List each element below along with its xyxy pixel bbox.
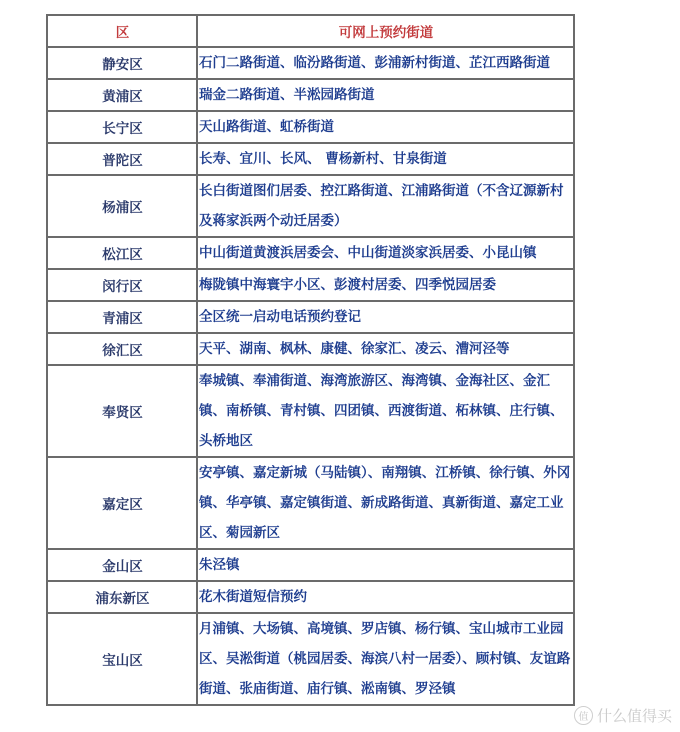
district-cell: 闵行区 bbox=[47, 269, 197, 301]
district-cell: 长宁区 bbox=[47, 111, 197, 143]
header-streets: 可网上预约街道 bbox=[197, 15, 574, 47]
streets-cell: 月浦镇、大场镇、高境镇、罗店镇、杨行镇、宝山城市工业园区、吴淞街道（桃园居委、海… bbox=[197, 613, 574, 705]
table-row: 浦东新区花木街道短信预约 bbox=[47, 581, 574, 613]
table-row: 奉贤区奉城镇、奉浦街道、海湾旅游区、海湾镇、金海社区、金汇镇、南桥镇、青村镇、四… bbox=[47, 365, 574, 457]
table-row: 静安区石门二路街道、临汾路街道、彭浦新村街道、芷江西路街道 bbox=[47, 47, 574, 79]
district-cell: 青浦区 bbox=[47, 301, 197, 333]
streets-cell: 天山路街道、虹桥街道 bbox=[197, 111, 574, 143]
streets-cell: 奉城镇、奉浦街道、海湾旅游区、海湾镇、金海社区、金汇镇、南桥镇、青村镇、四团镇、… bbox=[197, 365, 574, 457]
table-row: 徐汇区天平、湖南、枫林、康健、徐家汇、凌云、漕河泾等 bbox=[47, 333, 574, 365]
district-cell: 嘉定区 bbox=[47, 457, 197, 549]
streets-cell: 中山街道黄渡浜居委会、中山街道淡家浜居委、小昆山镇 bbox=[197, 237, 574, 269]
district-cell: 黄浦区 bbox=[47, 79, 197, 111]
district-cell: 徐汇区 bbox=[47, 333, 197, 365]
streets-cell: 瑞金二路街道、半淞园路街道 bbox=[197, 79, 574, 111]
streets-cell: 安亭镇、嘉定新城（马陆镇）、南翔镇、江桥镇、徐行镇、外冈镇、华亭镇、嘉定镇街道、… bbox=[197, 457, 574, 549]
table-row: 闵行区梅陇镇中海寰宇小区、彭渡村居委、四季悦园居委 bbox=[47, 269, 574, 301]
district-cell: 宝山区 bbox=[47, 613, 197, 705]
streets-cell: 长白街道图们居委、控江路街道、江浦路街道（不含辽源新村及蒋家浜两个动迁居委） bbox=[197, 175, 574, 237]
district-booking-table: 区 可网上预约街道 静安区石门二路街道、临汾路街道、彭浦新村街道、芷江西路街道黄… bbox=[46, 14, 575, 706]
district-cell: 浦东新区 bbox=[47, 581, 197, 613]
streets-cell: 全区统一启动电话预约登记 bbox=[197, 301, 574, 333]
watermark: 值 什么值得买 bbox=[574, 705, 672, 726]
streets-cell: 石门二路街道、临汾路街道、彭浦新村街道、芷江西路街道 bbox=[197, 47, 574, 79]
table-row: 普陀区长寿、宜川、长风、 曹杨新村、甘泉街道 bbox=[47, 143, 574, 175]
streets-cell: 天平、湖南、枫林、康健、徐家汇、凌云、漕河泾等 bbox=[197, 333, 574, 365]
header-district: 区 bbox=[47, 15, 197, 47]
streets-cell: 花木街道短信预约 bbox=[197, 581, 574, 613]
streets-cell: 梅陇镇中海寰宇小区、彭渡村居委、四季悦园居委 bbox=[197, 269, 574, 301]
table-row: 金山区朱泾镇 bbox=[47, 549, 574, 581]
table-row: 黄浦区瑞金二路街道、半淞园路街道 bbox=[47, 79, 574, 111]
streets-cell: 长寿、宜川、长风、 曹杨新村、甘泉街道 bbox=[197, 143, 574, 175]
watermark-text: 什么值得买 bbox=[597, 705, 672, 726]
streets-cell: 朱泾镇 bbox=[197, 549, 574, 581]
table-row: 青浦区全区统一启动电话预约登记 bbox=[47, 301, 574, 333]
table-row: 宝山区月浦镇、大场镇、高境镇、罗店镇、杨行镇、宝山城市工业园区、吴淞街道（桃园居… bbox=[47, 613, 574, 705]
district-cell: 奉贤区 bbox=[47, 365, 197, 457]
district-cell: 杨浦区 bbox=[47, 175, 197, 237]
table-row: 长宁区天山路街道、虹桥街道 bbox=[47, 111, 574, 143]
table-row: 嘉定区安亭镇、嘉定新城（马陆镇）、南翔镇、江桥镇、徐行镇、外冈镇、华亭镇、嘉定镇… bbox=[47, 457, 574, 549]
table-row: 松江区中山街道黄渡浜居委会、中山街道淡家浜居委、小昆山镇 bbox=[47, 237, 574, 269]
table-row: 杨浦区长白街道图们居委、控江路街道、江浦路街道（不含辽源新村及蒋家浜两个动迁居委… bbox=[47, 175, 574, 237]
district-cell: 金山区 bbox=[47, 549, 197, 581]
district-cell: 普陀区 bbox=[47, 143, 197, 175]
watermark-logo-icon: 值 bbox=[574, 706, 593, 725]
district-cell: 静安区 bbox=[47, 47, 197, 79]
district-cell: 松江区 bbox=[47, 237, 197, 269]
